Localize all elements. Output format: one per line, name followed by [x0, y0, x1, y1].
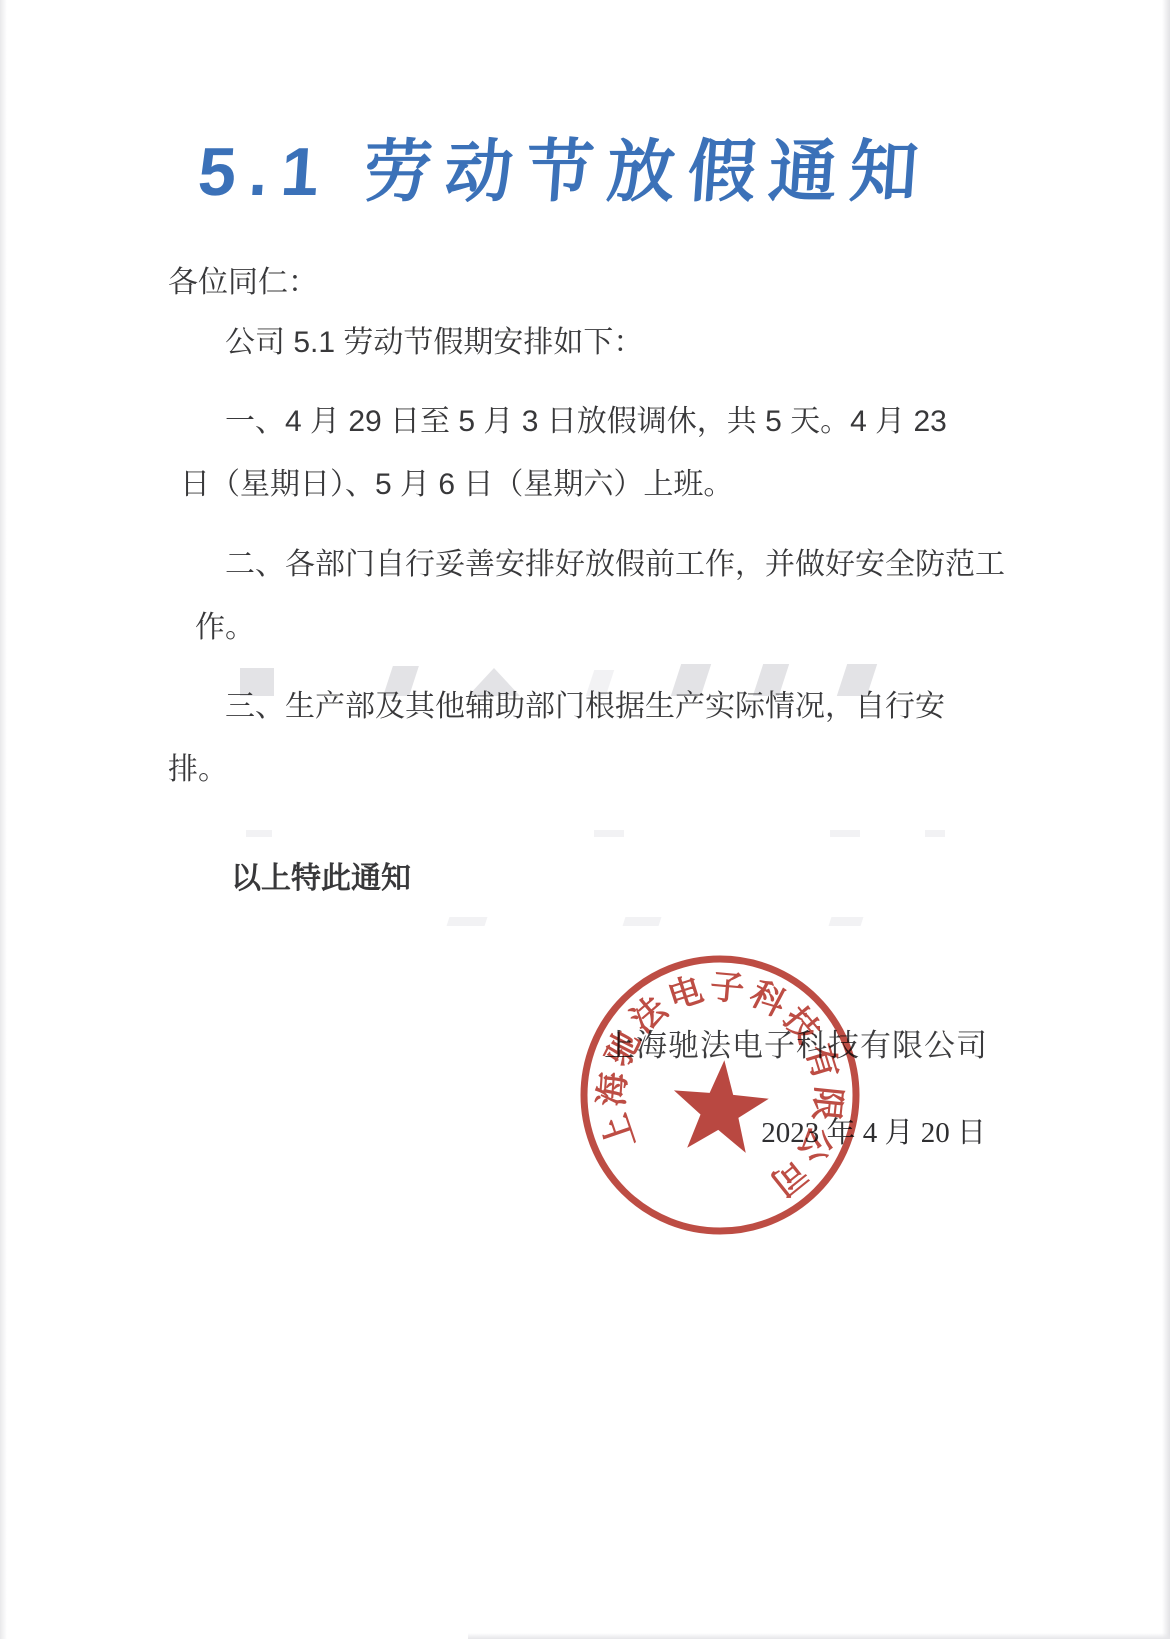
notice-item-1: 一、4 月 29 日至 5 月 3 日放假调休，共 5 天。4 月 23 日（星… — [168, 390, 947, 516]
page-edge-bottom — [468, 1633, 1170, 1639]
notice-item-2: 二、各部门自行妥善安排好放假前工作，并做好安全防范工 作。 — [168, 533, 1005, 659]
item-1-line-1: 一、4 月 29 日至 5 月 3 日放假调休，共 5 天。4 月 23 — [225, 390, 947, 453]
notice-item-3: 三、生产部及其他辅助部门根据生产实际情况，自行安 排。 — [168, 675, 945, 801]
page-edge-right — [1162, 0, 1170, 1639]
company-seal-graphic: 上海驰法电子科技有限公司 — [578, 953, 862, 1237]
item-2-line-1: 二、各部门自行妥善安排好放假前工作，并做好安全防范工 — [225, 533, 1005, 596]
page-edge-left — [0, 0, 7, 1639]
item-3-line-2: 排。 — [168, 738, 945, 801]
salutation: 各位同仁： — [168, 266, 318, 300]
watermark-fragment — [925, 830, 945, 837]
item-3-line-1: 三、生产部及其他辅助部门根据生产实际情况，自行安 — [225, 675, 945, 738]
star-icon — [669, 1056, 772, 1154]
intro-line: 公司 5.1 劳动节假期安排如下： — [225, 326, 643, 360]
watermark-fragment — [829, 917, 864, 926]
watermark-fragment — [830, 830, 860, 837]
watermark-fragment — [594, 830, 624, 837]
watermark-fragment — [447, 917, 488, 926]
watermark-fragment — [623, 917, 662, 926]
company-stamp: 上海驰法电子科技有限公司 — [578, 953, 862, 1237]
item-1-line-2: 日（星期日）、5 月 6 日（星期六）上班。 — [180, 453, 947, 516]
closing-statement: 以上特此通知 — [231, 853, 411, 897]
holiday-notice-document: 5.1 劳动节放假通知 各位同仁： 公司 5.1 劳动节假期安排如下： 一、4 … — [0, 0, 1170, 1639]
watermark-fragment — [246, 830, 272, 837]
notice-title: 5.1 劳动节放假通知 — [0, 118, 1133, 215]
item-2-line-2: 作。 — [195, 596, 1005, 659]
